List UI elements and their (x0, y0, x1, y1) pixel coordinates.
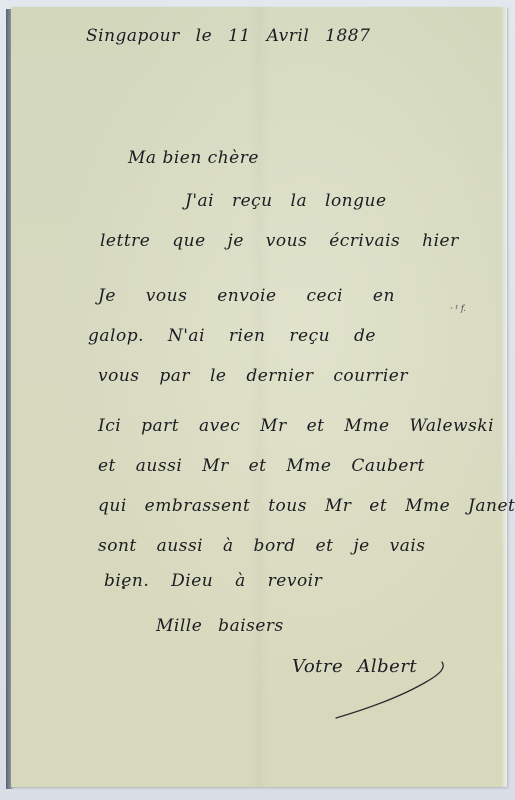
letter-body-line: sont aussi à bord et je vais (98, 538, 426, 555)
letter-body-line: vous par le dernier courrier (98, 368, 408, 385)
letter-body-line: Ici part avec Mr et Mme Walewski (98, 418, 494, 435)
letter-body-line: galop. N'ai rien reçu de (88, 328, 376, 345)
ink-dot (122, 586, 125, 589)
signature-flourish-icon (330, 660, 450, 720)
margin-note: · ¹ f. (450, 304, 466, 313)
letter-body-line: qui embrassent tous Mr et Mme Janet (98, 498, 515, 515)
letter-closing: Mille baisers (156, 618, 284, 635)
letter-body-line: et aussi Mr et Mme Caubert (98, 458, 425, 475)
letter-salutation: Ma bien chère (128, 150, 259, 167)
letter-dateline: Singapour le 11 Avril 1887 (86, 28, 370, 45)
letter-body-line: lettre que je vous écrivais hier (100, 233, 459, 250)
letter-body-line: J'ai reçu la longue (185, 193, 387, 210)
letter-body-line: bien. Dieu à revoir (104, 573, 322, 590)
letter-body-line: Je vous envoie ceci en (98, 288, 395, 305)
